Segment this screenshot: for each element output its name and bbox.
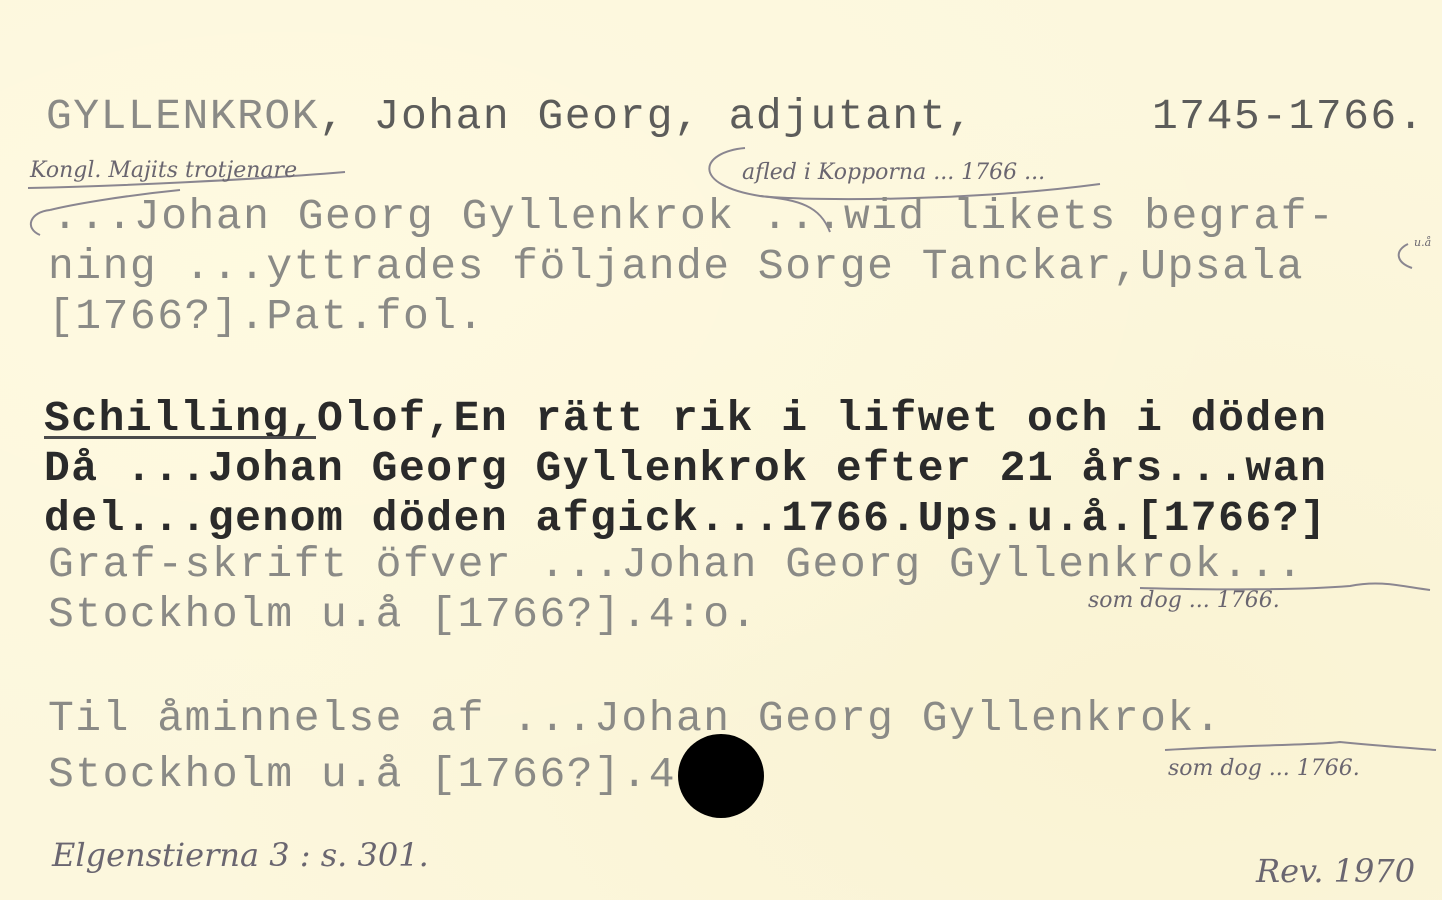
author-underline (44, 436, 316, 439)
entry-3-line-1: Graf-skrift öfver ...Johan Georg Gyllenk… (48, 540, 1304, 590)
heading-line: GYLLENKROK, Johan Georg, adjutant, (46, 92, 974, 142)
heading-name-title: , Johan Georg, adjutant, (319, 92, 974, 141)
catalog-card: GYLLENKROK, Johan Georg, adjutant, 1745-… (0, 0, 1442, 900)
entry-3-annotation: som dog ... 1766. (1088, 588, 1280, 613)
entry-2-line-3: del...genom döden afgick...1766.Ups.u.å.… (44, 494, 1327, 544)
entry-4-line-2: Stockholm u.å [1766?].4:o. (48, 750, 758, 800)
heading-surname: GYLLENKROK (46, 92, 319, 141)
entry-1-line-3: [1766?].Pat.fol. (48, 292, 485, 342)
footer-revision: Rev. 1970 (1256, 852, 1415, 890)
entry-4-line-1: Til åminnelse af ...Johan Georg Gyllenkr… (48, 694, 1222, 744)
entry-1-line-1: ...Johan Georg Gyllenkrok ...wid likets … (52, 192, 1335, 242)
footer-reference: Elgenstierna 3 : s. 301. (52, 836, 429, 874)
annotation-afled: afled i Kopporna ... 1766 ... (742, 160, 1045, 185)
entry-3-line-2: Stockholm u.å [1766?].4:o. (48, 590, 758, 640)
entry-1-margin-note: u.å (1414, 236, 1431, 249)
annotation-kongl-majits: Kongl. Majits trotjenare (30, 158, 297, 183)
entry-1-line-2: ning ...yttrades följande Sorge Tanckar,… (48, 242, 1304, 292)
punch-hole (678, 734, 764, 818)
entry-4-annotation: som dog ... 1766. (1168, 756, 1360, 781)
entry-2-line-2: Då ...Johan Georg Gyllenkrok efter 21 år… (44, 444, 1327, 494)
heading-years: 1745-1766. (1152, 92, 1425, 142)
